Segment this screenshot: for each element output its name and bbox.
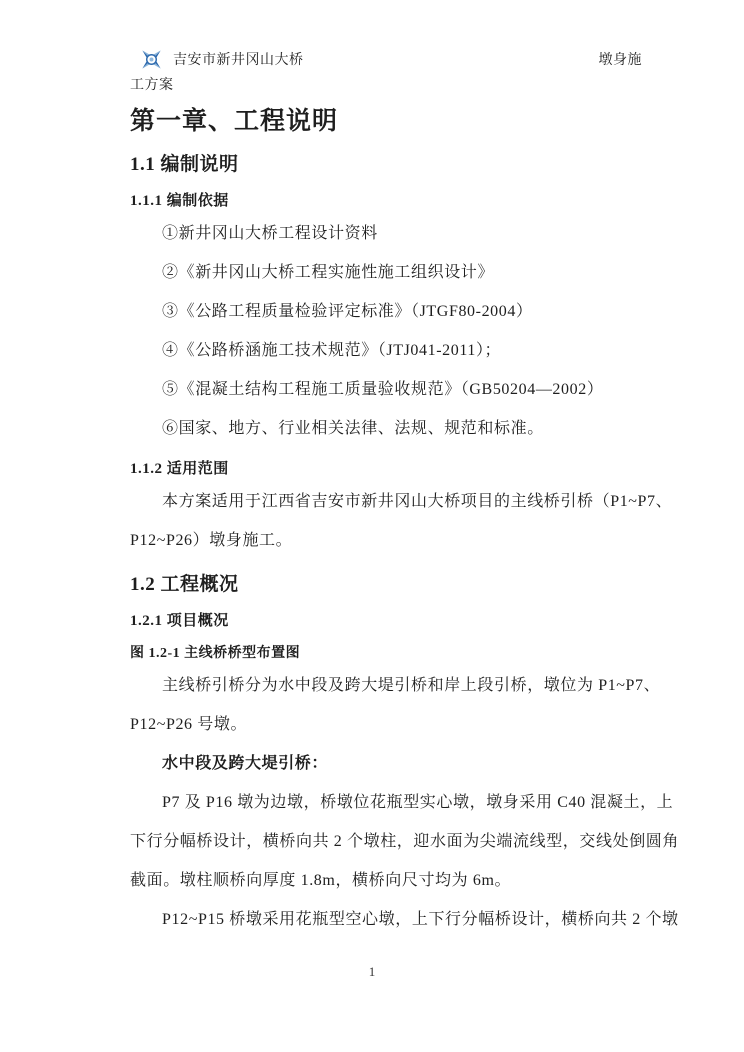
document-page: 吉安市新井冈山大桥 墩身施 工方案 第一章、工程说明1.1 编制说明1.1.1 … [0,0,744,1052]
list-item: ⑤《混凝土结构工程施工质量验收规范》（GB50204—2002） [130,370,644,409]
page-header: 吉安市新井冈山大桥 墩身施 [130,44,644,74]
header-project-title: 吉安市新井冈山大桥 [173,49,304,69]
paragraph-line: 下行分幅桥设计，横桥向共 2 个墩柱，迎水面为尖端流线型，交线处倒圆角 [130,822,644,861]
chapter-title: 第一章、工程说明 [130,104,644,140]
paragraph-line: P12~P15 桥墩采用花瓶型空心墩，上下行分幅桥设计，横桥向共 2 个墩 [130,900,644,939]
list-item: ①新井冈山大桥工程设计资料 [130,214,644,253]
header-doc-title-part1: 墩身施 [599,49,643,69]
subsection-heading: 1.1.2 适用范围 [130,456,644,482]
list-item: ③《公路工程质量检验评定标准》（JTGF80-2004） [130,292,644,331]
paragraph-line: 本方案适用于江西省吉安市新井冈山大桥项目的主线桥引桥（P1~P7、 [130,482,644,521]
section-heading: 1.2 工程概况 [130,570,644,600]
header-doc-title-part2: 工方案 [130,74,644,98]
figure-caption: 图 1.2-1 主线桥桥型布置图 [130,642,644,666]
paragraph-emphasis-line: 水中段及跨大堤引桥： [130,744,644,783]
paragraph-line: P12~P26）墩身施工。 [130,521,644,560]
paragraph-line: 截面。墩柱顺桥向厚度 1.8m，横桥向尺寸均为 6m。 [130,861,644,900]
page-number: 1 [0,964,744,980]
list-item: ②《新井冈山大桥工程实施性施工组织设计》 [130,253,644,292]
paragraph-line: 主线桥引桥分为水中段及跨大堤引桥和岸上段引桥，墩位为 P1~P7、 [130,666,644,705]
paragraph-line: P7 及 P16 墩为边墩，桥墩位花瓶型实心墩，墩身采用 C40 混凝土，上 [130,783,644,822]
compass-logo-icon [138,46,165,73]
paragraph-line: P12~P26 号墩。 [130,705,644,744]
list-item: ⑥国家、地方、行业相关法律、法规、规范和标准。 [130,409,644,448]
subsection-heading: 1.2.1 项目概况 [130,608,644,634]
list-item: ④《公路桥涵施工技术规范》（JTJ041-2011）； [130,331,644,370]
document-body: 第一章、工程说明1.1 编制说明1.1.1 编制依据①新井冈山大桥工程设计资料②… [130,104,644,939]
subsection-heading: 1.1.1 编制依据 [130,188,644,214]
section-heading: 1.1 编制说明 [130,150,644,180]
